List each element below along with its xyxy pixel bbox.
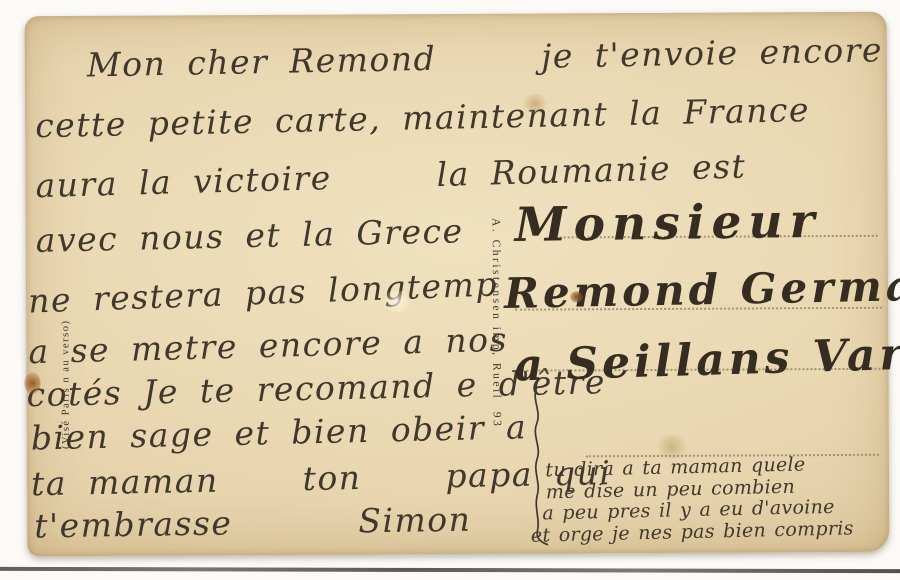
censor-note-text: (Visé Paris n au verso) [60, 254, 72, 449]
printer-imprint-label: A. Christensen imp, Rueil [490, 218, 503, 400]
message-line-6: a se metre encore a nos [28, 320, 509, 372]
address-line-monsieur: Monsieur [514, 194, 821, 253]
printer-number-label: 93 [491, 412, 503, 429]
postscript-block: tu dira a ta maman quele me dise un peu … [545, 453, 870, 546]
address-line-place: a Seillans Var [514, 329, 900, 392]
message-line-9: ta maman ton papa qui [31, 453, 612, 503]
message-line-5: ne restera pas longtemp [27, 264, 498, 320]
scanned-postcard-image: Mon cher Remond je t'envoie encore cette… [0, 0, 900, 580]
printer-imprint-text: A. Christensen imp, Rueil 93 [477, 186, 514, 436]
scan-edge-line [0, 567, 900, 573]
message-line-4: avec nous et la Grece [35, 211, 464, 260]
wavy-divider-line [529, 388, 552, 548]
message-line-10: t'embrasse Simon [34, 500, 472, 546]
address-line-name: Remond Germain [504, 260, 900, 318]
message-line-2: cette petite carte, maintenant la France [35, 90, 810, 145]
message-line-8: bien sage et bien obeir a [30, 407, 527, 457]
message-line-1: Mon cher Remond je t'envoie encore [87, 30, 884, 84]
postcard-back: Mon cher Remond je t'envoie encore cette… [25, 12, 890, 557]
